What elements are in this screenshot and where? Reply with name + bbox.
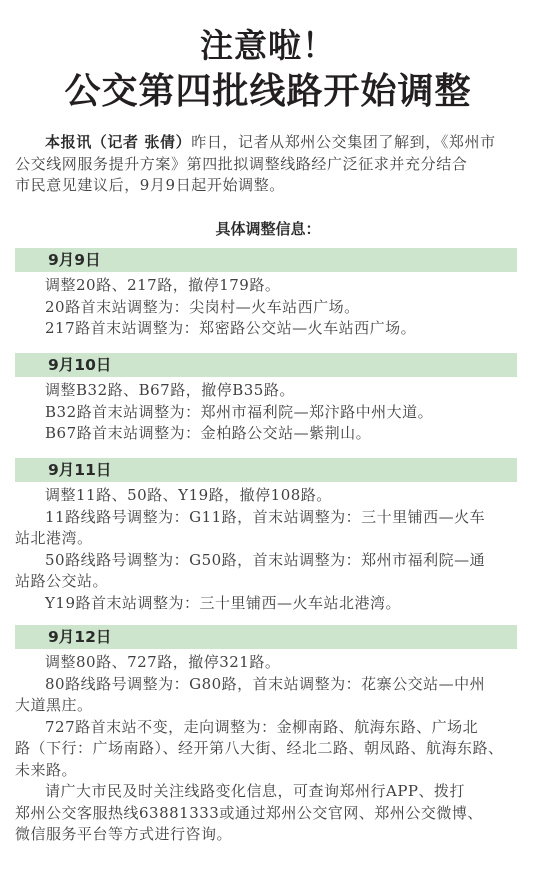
- date-band-sep-11: 9月11日: [15, 458, 517, 482]
- date-label: 9月12日: [48, 627, 111, 647]
- lead-text-2: 公交线网服务提升方案》第四批拟调整线路经广泛征求并充分结合: [15, 154, 521, 176]
- section-line: 站北港湾。: [15, 528, 521, 550]
- date-label: 9月9日: [48, 250, 101, 270]
- date-band-sep-10: 9月10日: [15, 353, 517, 377]
- section-sep-11: 调整11路、50路、Y19路，撤停108路。 11路线路号调整为：G11路，首末…: [15, 485, 521, 614]
- section-line: B67路首末站调整为：金柏路公交站—紫荆山。: [15, 423, 521, 445]
- section-sep-12: 调整80路、727路，撤停321路。 80路线路号调整为：G80路，首末站调整为…: [15, 652, 521, 846]
- section-line: 未来路。: [15, 760, 521, 782]
- lead-paragraph: 本报讯（记者 张倩）昨日，记者从郑州公交集团了解到，《郑州市 公交线网服务提升方…: [15, 132, 521, 197]
- byline: 本报讯（记者 张倩）: [45, 133, 191, 151]
- section-line: 调整11路、50路、Y19路，撤停108路。: [15, 485, 521, 507]
- section-line: 11路线路号调整为：G11路，首末站调整为：三十里铺西—火车: [15, 507, 521, 529]
- date-band-sep-9: 9月9日: [15, 248, 517, 272]
- section-line: 调整80路、727路，撤停321路。: [15, 652, 521, 674]
- lead-text-3: 市民意见建议后，9月9日起开始调整。: [15, 175, 521, 197]
- date-band-sep-12: 9月12日: [15, 625, 517, 649]
- closing-line: 微信服务平台等方式进行咨询。: [15, 824, 521, 846]
- date-label: 9月11日: [48, 460, 111, 480]
- headline-line-2: 公交第四批线路开始调整: [0, 70, 536, 114]
- lead-text-1: 昨日，记者从郑州公交集团了解到，《郑州市: [191, 133, 496, 151]
- section-line: 调整B32路、B67路，撤停B35路。: [15, 380, 521, 402]
- section-sep-10: 调整B32路、B67路，撤停B35路。 B32路首末站调整为：郑州市福利院—郑汴…: [15, 380, 521, 445]
- section-line: 217路首末站调整为：郑密路公交站—火车站西广场。: [15, 318, 521, 340]
- section-line: 20路首末站调整为：尖岗村—火车站西广场。: [15, 297, 521, 319]
- section-line: 80路线路号调整为：G80路，首末站调整为：花寨公交站—中州: [15, 674, 521, 696]
- section-line: 调整20路、217路，撤停179路。: [15, 275, 521, 297]
- section-line: 50路线路号调整为：G50路，首末站调整为：郑州市福利院—通: [15, 550, 521, 572]
- section-line: 站路公交站。: [15, 571, 521, 593]
- subheading: 具体调整信息：: [0, 218, 536, 239]
- headline-line-1: 注意啦！: [0, 26, 536, 66]
- closing-line: 郑州公交客服热线63881333或通过郑州公交官网、郑州公交微博、: [15, 803, 521, 825]
- section-line: 路（下行：广场南路）、经开第八大街、经北二路、朝凤路、航海东路、: [15, 738, 521, 760]
- section-line: 大道黑庄。: [15, 695, 521, 717]
- closing-line: 请广大市民及时关注线路变化信息，可查询郑州行APP、拨打: [15, 781, 521, 803]
- section-line: 727路首末站不变，走向调整为：金柳南路、航海东路、广场北: [15, 717, 521, 739]
- section-sep-9: 调整20路、217路，撤停179路。 20路首末站调整为：尖岗村—火车站西广场。…: [15, 275, 521, 340]
- section-line: B32路首末站调整为：郑州市福利院—郑汴路中州大道。: [15, 402, 521, 424]
- date-label: 9月10日: [48, 355, 111, 375]
- section-line: Y19路首末站调整为：三十里铺西—火车站北港湾。: [15, 593, 521, 615]
